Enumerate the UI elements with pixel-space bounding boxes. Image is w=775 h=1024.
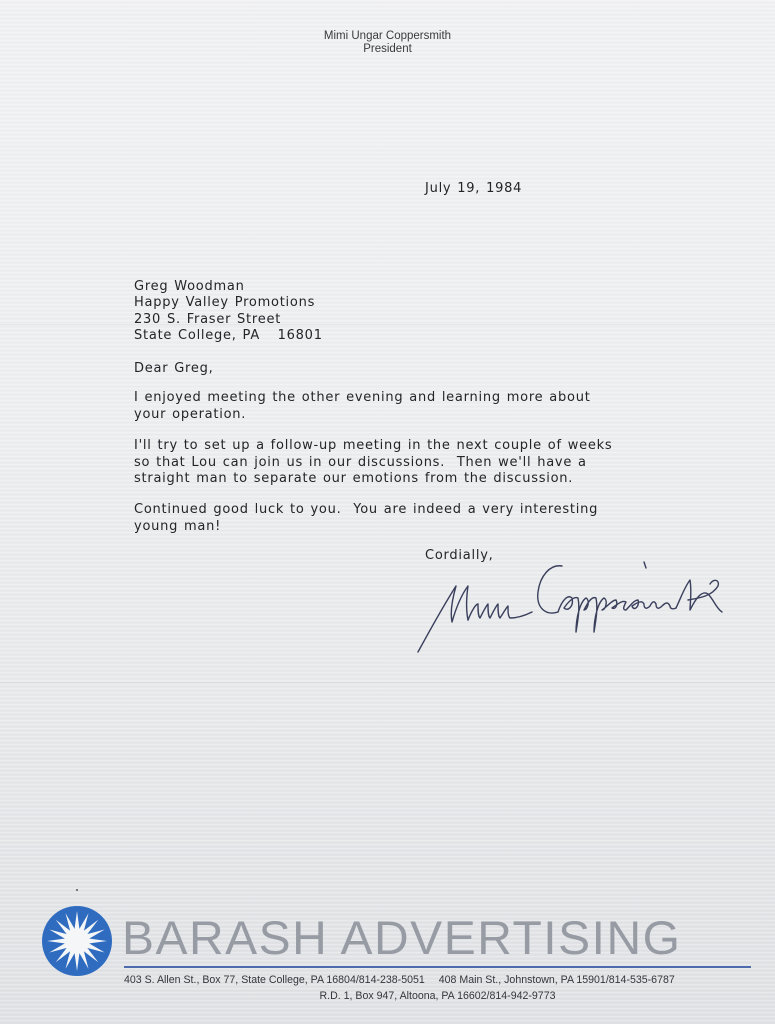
paper-speck [76, 889, 78, 891]
paragraph-1: I enjoyed meeting the other evening and … [134, 390, 674, 423]
recipient-street: 230 S. Fraser Street [134, 312, 323, 328]
salutation: Dear Greg, [134, 361, 213, 376]
letterhead: Mimi Ungar Coppersmith President [0, 30, 775, 56]
sender-name: Mimi Ungar Coppersmith [0, 30, 775, 43]
recipient-company: Happy Valley Promotions [134, 295, 323, 311]
paper-fold-line [0, 323, 775, 326]
sender-title: President [0, 43, 775, 56]
paragraph-line: I enjoyed meeting the other evening and … [134, 390, 674, 407]
paragraph-line: young man! [134, 519, 674, 536]
footer-divider [124, 966, 751, 968]
recipient-city: State College, PA 16801 [134, 328, 323, 344]
address-johnstown: 408 Main St., Johnstown, PA 15901/814-53… [439, 974, 675, 986]
handwritten-signature [412, 556, 732, 660]
paragraph-2: I'll try to set up a follow-up meeting i… [134, 438, 674, 488]
footer-address-row: 403 S. Allen St., Box 77, State College,… [124, 974, 754, 986]
paragraph-line: straight man to separate our emotions fr… [134, 471, 674, 488]
paragraph-line: Continued good luck to you. You are inde… [134, 502, 674, 519]
paragraph-line: I'll try to set up a follow-up meeting i… [134, 438, 674, 455]
recipient-address: Greg Woodman Happy Valley Promotions 230… [134, 279, 323, 344]
brand-name: BARASH ADVERTISING [122, 910, 681, 966]
address-altoona: R.D. 1, Box 947, Altoona, PA 16602/814-9… [0, 990, 775, 1002]
starburst-icon [41, 905, 113, 977]
paragraph-line: so that Lou can join us in our discussio… [134, 455, 674, 472]
letter-date: July 19, 1984 [425, 181, 522, 196]
address-state-college: 403 S. Allen St., Box 77, State College,… [124, 974, 425, 986]
recipient-name: Greg Woodman [134, 279, 323, 295]
paragraph-3: Continued good luck to you. You are inde… [134, 502, 674, 535]
paragraph-line: your operation. [134, 407, 674, 424]
paper-fold-line [0, 681, 775, 684]
